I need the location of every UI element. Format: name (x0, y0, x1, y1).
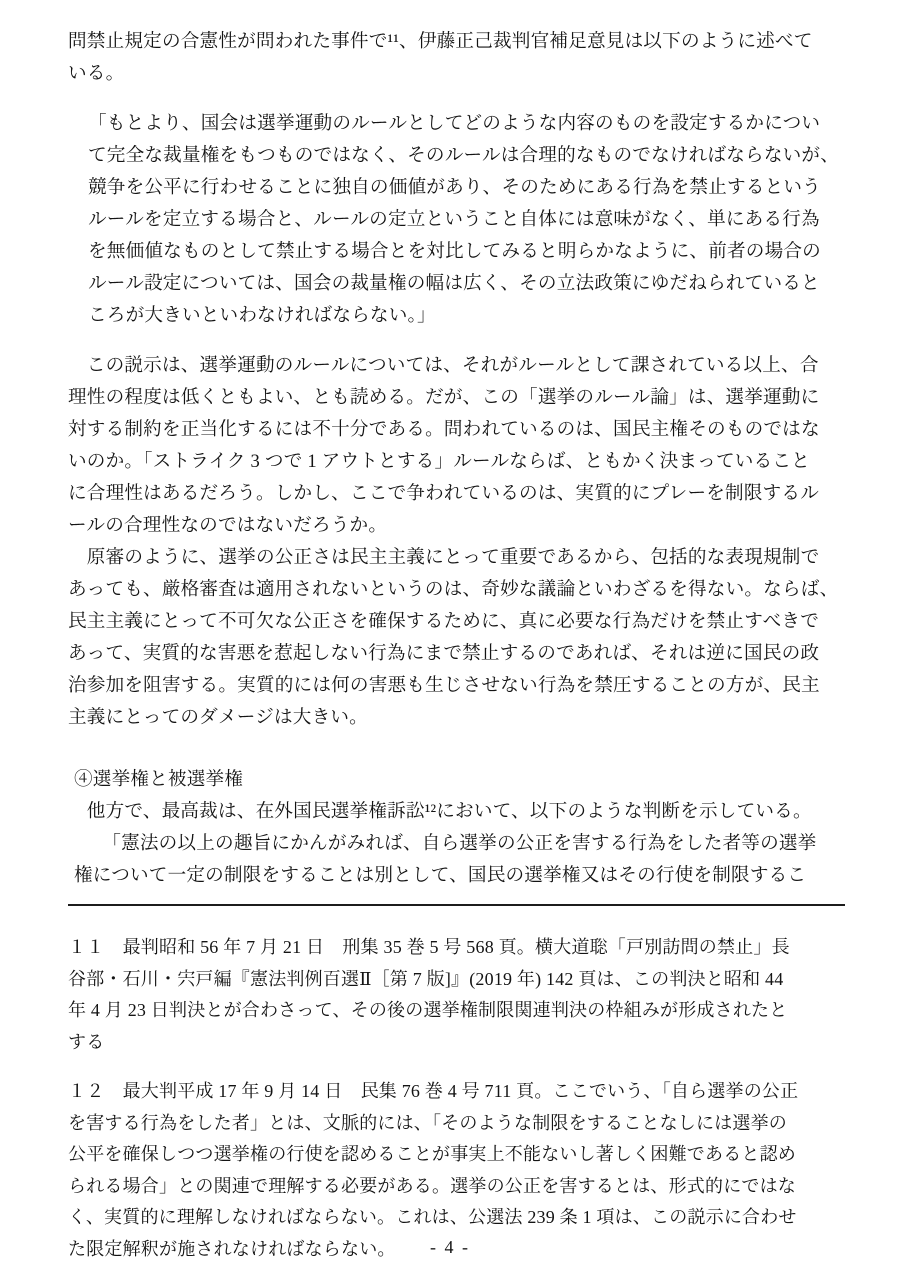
paragraph-intro: 問禁止規定の合憲性が問われた事件で¹¹、伊藤正己裁判官補足意見は以下のように述べ… (68, 26, 845, 90)
paragraph-supreme-court: 他方で、最高裁は、在外国民選挙権訴訟¹²において、以下のような判断を示している。 (68, 796, 845, 828)
paragraph-election-fairness: 原審のように、選挙の公正さは民主主義にとって重要であるから、包括的な表現規制で … (68, 542, 845, 734)
blockquote-ito-opinion: 「もとより、国会は選挙運動のルールとしてどのような内容のものを設定するかについ … (88, 108, 845, 332)
footnote-11: １１ 最判昭和 56 年 7 月 21 日 刑集 35 巻 5 号 568 頁。… (68, 932, 845, 1058)
footnote-section: １１ 最判昭和 56 年 7 月 21 日 刑集 35 巻 5 号 568 頁。… (68, 904, 845, 1265)
page-number: - 4 - (0, 1237, 900, 1258)
section-heading-suffrage: ④選挙権と被選挙権 (74, 764, 845, 796)
document-page: 問禁止規定の合憲性が問われた事件で¹¹、伊藤正己裁判官補足意見は以下のように述べ… (0, 0, 900, 1272)
paragraph-rule-theory: この説示は、選挙運動のルールについては、それがルールとして課されている以上、合 … (68, 350, 845, 542)
blockquote-overseas-voting: 「憲法の以上の趣旨にかんがみれば、自ら選挙の公正を害する行為をした者等の選挙 権… (74, 828, 845, 892)
